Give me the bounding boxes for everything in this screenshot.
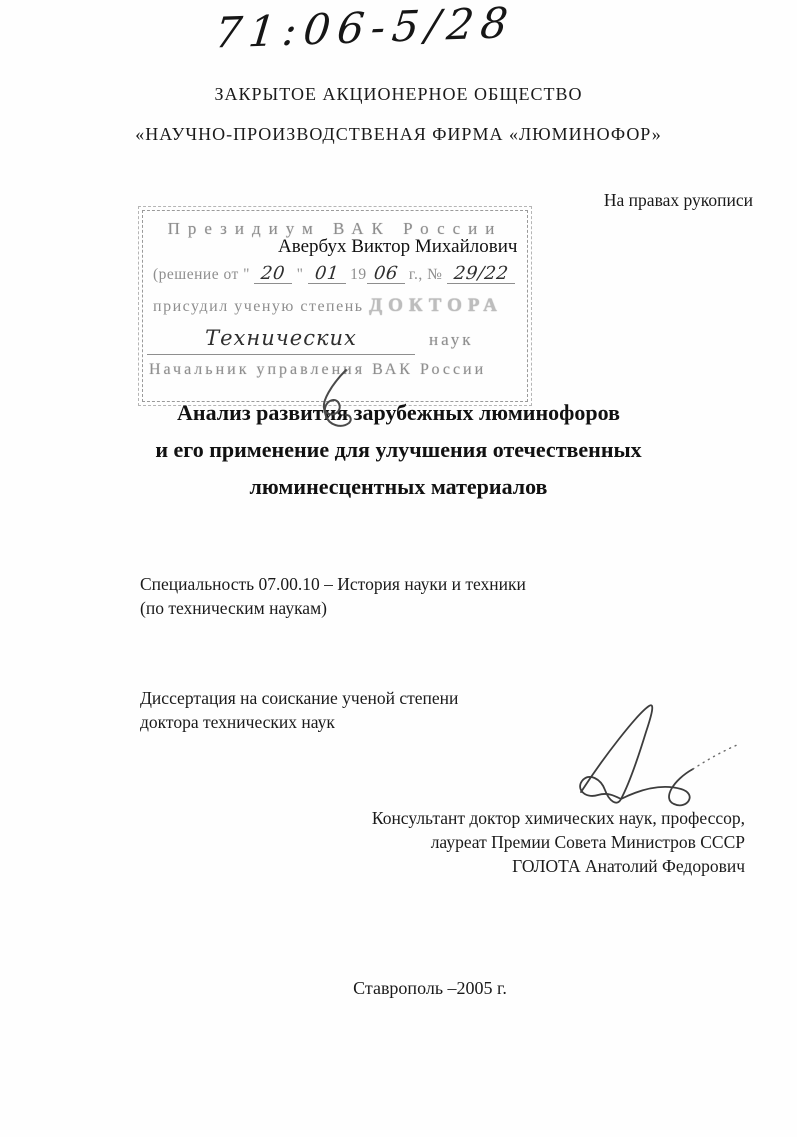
decision-quote-close: " bbox=[297, 266, 304, 283]
stamp-degree-line: присудил ученую степень ДОКТОРА bbox=[153, 295, 503, 317]
manuscript-rights-note: На правах рукописи bbox=[604, 190, 753, 211]
stamp-field-line: Техническихнаук bbox=[147, 325, 474, 355]
decision-middle: г., № bbox=[409, 266, 443, 283]
decision-prefix: (решение от " bbox=[153, 266, 250, 283]
dissertation-title: Анализ развития зарубежных люминофоров и… bbox=[0, 394, 797, 505]
consultant-line1: Консультант доктор химических наук, проф… bbox=[372, 806, 745, 830]
consultant-line2: лауреат Премии Совета Министров СССР bbox=[372, 830, 745, 854]
title-line2: и его применение для улучшения отечестве… bbox=[0, 431, 797, 468]
specialty-block: Специальность 07.00.10 – История науки и… bbox=[140, 572, 526, 620]
dissertation-note-line1: Диссертация на соискание ученой степени bbox=[140, 686, 458, 710]
degree-word: ДОКТОРА bbox=[369, 295, 503, 316]
title-line1: Анализ развития зарубежных люминофоров bbox=[0, 394, 797, 431]
decision-year-handwritten: 06 bbox=[373, 263, 399, 284]
consultant-line3: ГОЛОТА Анатолий Федорович bbox=[372, 854, 745, 878]
title-line3: люминесцентных материалов bbox=[0, 468, 797, 505]
organization-name-line1: ЗАКРЫТОЕ АКЦИОНЕРНОЕ ОБЩЕСТВО bbox=[0, 84, 797, 105]
decision-day-handwritten: 20 bbox=[260, 263, 286, 284]
specialty-line1: Специальность 07.00.10 – История науки и… bbox=[140, 572, 526, 596]
stamp-decision-line: (решение от " 20 " 01 1906 г., № 29/22 bbox=[153, 263, 515, 284]
organization-name-line2: «НАУЧНО-ПРОИЗВОДСТВЕНАЯ ФИРМА «ЛЮМИНОФОР… bbox=[0, 124, 797, 145]
catalog-number-handwritten: 71:06-5/28 bbox=[213, 0, 588, 58]
official-signature-icon bbox=[302, 368, 372, 430]
field-suffix: наук bbox=[429, 330, 474, 349]
specialty-line2: (по техническим наукам) bbox=[140, 596, 526, 620]
degree-text: присудил ученую степень bbox=[153, 298, 364, 315]
decision-year-printed: 19 bbox=[350, 266, 367, 283]
consultant-block: Консультант доктор химических наук, проф… bbox=[372, 806, 745, 878]
decision-number-handwritten: 29/22 bbox=[453, 263, 510, 284]
consultant-signature-icon bbox=[565, 700, 745, 810]
field-handwritten: Технических bbox=[205, 326, 357, 350]
decision-month-handwritten: 01 bbox=[314, 263, 340, 284]
author-name: Авербух Виктор Михайлович bbox=[278, 236, 517, 258]
city-year: Ставрополь –2005 г. bbox=[63, 978, 797, 999]
dissertation-note-line2: доктора технических наук bbox=[140, 710, 458, 734]
dissertation-note-block: Диссертация на соискание ученой степени … bbox=[140, 686, 458, 734]
dissertation-title-page: 71:06-5/28 ЗАКРЫТОЕ АКЦИОНЕРНОЕ ОБЩЕСТВО… bbox=[0, 0, 797, 1137]
